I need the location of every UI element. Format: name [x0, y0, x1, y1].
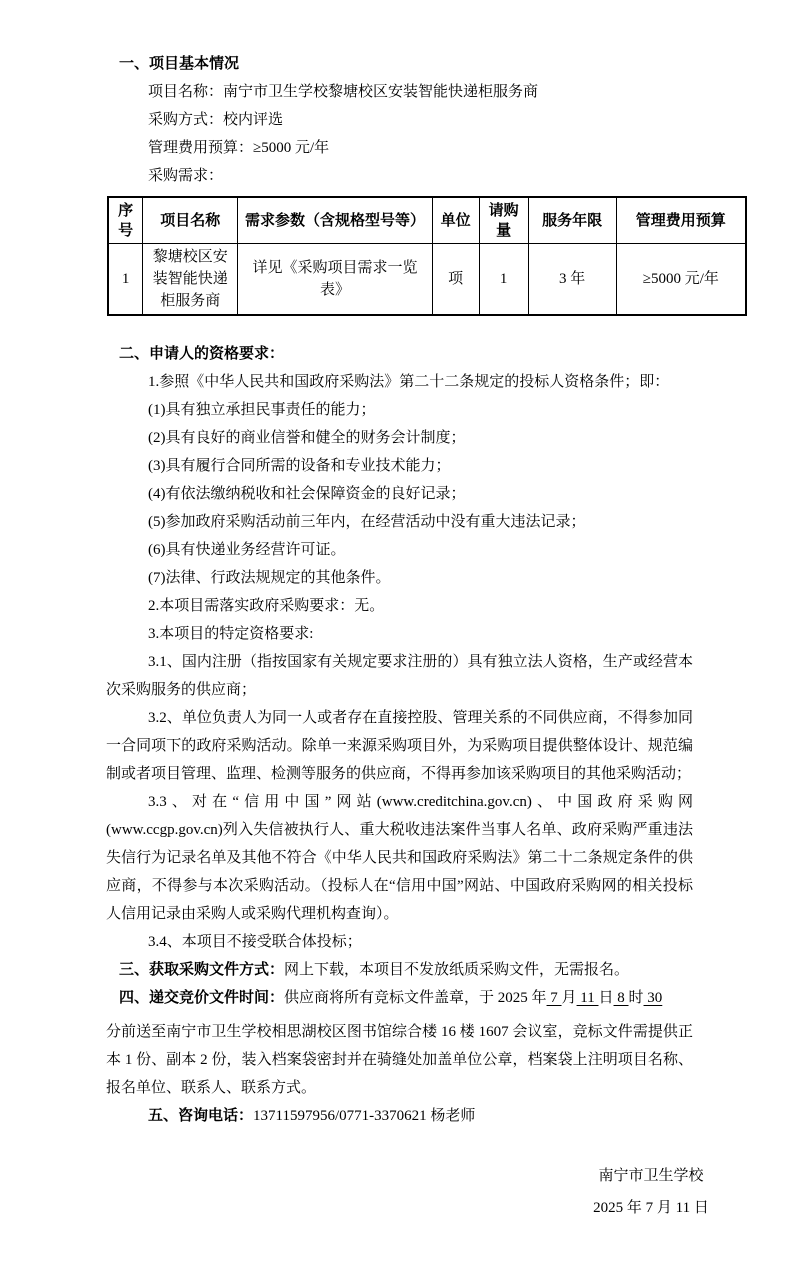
col-header-unit: 单位: [432, 197, 479, 244]
col-header-seq: 序号: [108, 197, 143, 244]
table-header-row: 序号 项目名称 需求参数（含规格型号等） 单位 请购量 服务年限 管理费用预算: [108, 197, 746, 244]
specific-qualification-3-1: 3.1、国内注册（指按国家有关规定要求注册的）具有独立法人资格，生产或经营本次采…: [106, 648, 693, 704]
cell-requirement-params: 详见《采购项目需求一览表》: [238, 244, 432, 316]
section2-heading: 二、申请人的资格要求：: [119, 340, 693, 368]
section4-continuation: 分前送至南宁市卫生学校相思湖校区图书馆综合楼 16 楼 1607 会议室，竞标文…: [106, 1018, 693, 1102]
cell-service-years: 3 年: [528, 244, 616, 316]
specific-qualification-heading: 3.本项目的特定资格要求:: [106, 620, 693, 648]
qualification-item-4: (4)有依法缴纳税收和社会保障资金的良好记录；: [106, 480, 693, 508]
procurement-requirement-table: 序号 项目名称 需求参数（含规格型号等） 单位 请购量 服务年限 管理费用预算 …: [107, 196, 747, 316]
deadline-minute-value: 30: [644, 990, 663, 1006]
col-header-budget: 管理费用预算: [616, 197, 746, 244]
qualification-intro: 1.参照《中华人民共和国政府采购法》第二十二条规定的投标人资格条件；即：: [106, 368, 693, 396]
project-name-line: 项目名称：南宁市卫生学校黎塘校区安装智能快递柜服务商: [106, 78, 693, 106]
signature-date: 2025 年 7 月 11 日: [406, 1192, 793, 1224]
signature-org: 南宁市卫生学校: [406, 1160, 793, 1192]
deadline-day-unit: 日: [599, 990, 614, 1006]
section3-line: 三、获取采购文件方式：网上下载，本项目不发放纸质采购文件，无需报名。: [119, 956, 693, 984]
cell-quantity: 1: [479, 244, 528, 316]
qualification-item-2: (2)具有良好的商业信誉和健全的财务会计制度；: [106, 424, 693, 452]
qualification-item-1: (1)具有独立承担民事责任的能力；: [106, 396, 693, 424]
table-row: 1 黎塘校区安装智能快递柜服务商 详见《采购项目需求一览表》 项 1 3 年 ≥…: [108, 244, 746, 316]
deadline-hour-value: 8: [614, 990, 629, 1006]
deadline-day-value: 11: [577, 990, 599, 1006]
deadline-month-unit: 月: [562, 990, 577, 1006]
gov-procurement-requirement: 2.本项目需落实政府采购要求：无。: [106, 592, 693, 620]
qualification-item-6: (6)具有快递业务经营许可证。: [106, 536, 693, 564]
cell-seq: 1: [108, 244, 143, 316]
document-page: 一、项目基本情况 项目名称：南宁市卫生学校黎塘校区安装智能快递柜服务商 采购方式…: [0, 0, 793, 1263]
section4-line: 四、递交竞价文件时间：供应商将所有竞标文件盖章，于 2025 年 7 月 11 …: [119, 984, 693, 1012]
deadline-month-value: 7: [547, 990, 562, 1006]
section3-label: 三、获取采购文件方式：: [119, 962, 284, 978]
col-header-project-name: 项目名称: [143, 197, 238, 244]
specific-qualification-3-4: 3.4、本项目不接受联合体投标；: [106, 928, 693, 956]
section5-label: 五、咨询电话：: [148, 1108, 253, 1124]
section3-text: 网上下载，本项目不发放纸质采购文件，无需报名。: [284, 962, 629, 978]
specific-qualification-3-3: 3.3、对在“信用中国”网站(www.creditchina.gov.cn)、中…: [106, 788, 693, 928]
qualification-item-7: (7)法律、行政法规规定的其他条件。: [106, 564, 693, 592]
col-header-service-years: 服务年限: [528, 197, 616, 244]
section5-line: 五、咨询电话：13711597956/0771-3370621 杨老师: [106, 1102, 693, 1130]
deadline-hour-unit: 时: [629, 990, 644, 1006]
qualification-item-3: (3)具有履行合同所需的设备和专业技术能力；: [106, 452, 693, 480]
specific-qualification-3-2: 3.2、单位负责人为同一人或者存在直接控股、管理关系的不同供应商，不得参加同一合…: [106, 704, 693, 788]
section4-label: 四、递交竞价文件时间：: [119, 990, 284, 1006]
cell-project-name: 黎塘校区安装智能快递柜服务商: [143, 244, 238, 316]
col-header-quantity: 请购量: [479, 197, 528, 244]
qualification-item-5: (5)参加政府采购活动前三年内，在经营活动中没有重大违法记录；: [106, 508, 693, 536]
requirement-line: 采购需求：: [106, 162, 693, 190]
contact-phone: 13711597956/0771-3370621 杨老师: [253, 1108, 475, 1124]
section1-heading: 一、项目基本情况: [119, 50, 693, 78]
signature-block: 南宁市卫生学校 2025 年 7 月 11 日: [406, 1160, 793, 1224]
cell-unit: 项: [432, 244, 479, 316]
col-header-requirement-params: 需求参数（含规格型号等）: [238, 197, 432, 244]
budget-line: 管理费用预算：≥5000 元/年: [106, 134, 693, 162]
cell-budget: ≥5000 元/年: [616, 244, 746, 316]
section4-text-before: 供应商将所有竞标文件盖章，于 2025 年: [284, 990, 547, 1006]
procurement-method-line: 采购方式：校内评选: [106, 106, 693, 134]
